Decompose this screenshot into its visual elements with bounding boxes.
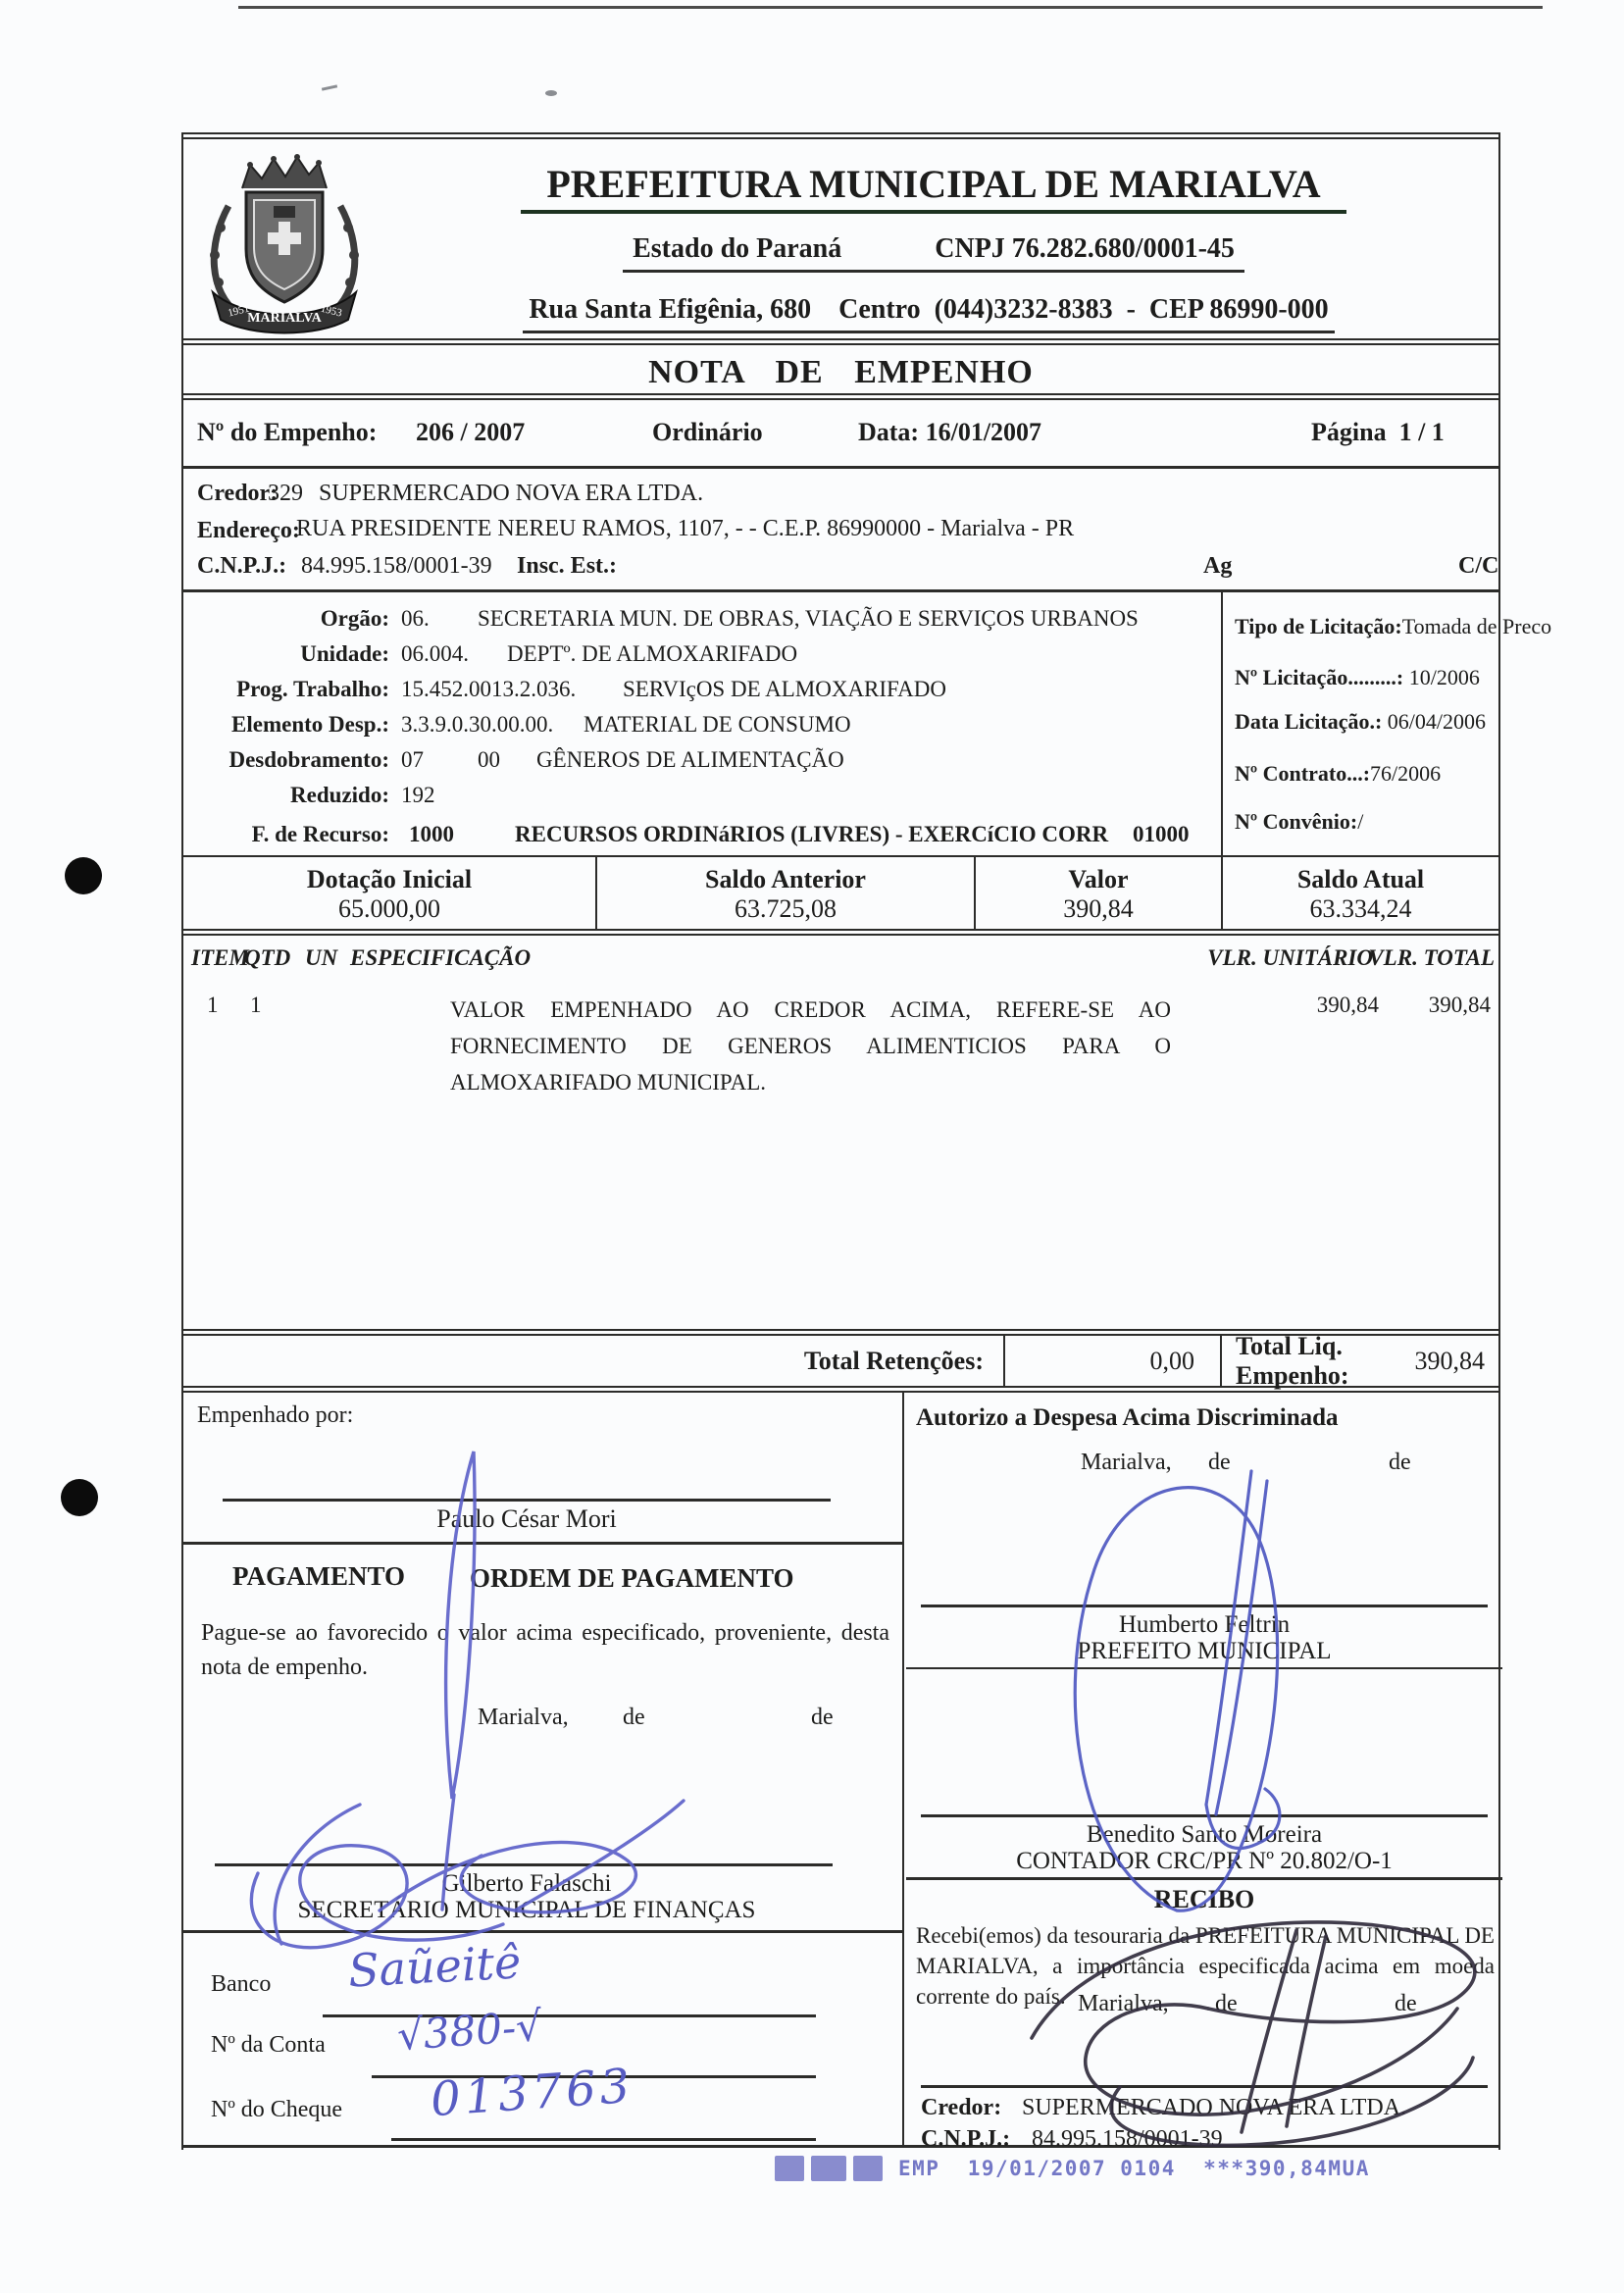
address-line: Rua Santa Efigênia, 680 Centro (044)3232… (523, 294, 1334, 333)
signer-role: SECRETÁRIO MUNICIPAL DE FINANÇAS (183, 1897, 870, 1924)
row-desc: SECRETARIA MUN. DE OBRAS, VIAÇÃO E SERVI… (478, 606, 1139, 632)
classification-row: Reduzido: 192 (183, 783, 1218, 816)
empenho-number-label: Nº do Empenho: (197, 418, 377, 447)
col-vlr-total: VLR. TOTAL (1368, 945, 1495, 971)
signature-line (215, 1863, 833, 1866)
balance-col: Valor 390,84 (976, 857, 1223, 929)
scan-noise-mark (545, 90, 557, 96)
balance-col-value: 63.334,24 (1223, 894, 1498, 924)
right-signature-column: Autorizo a Despesa Acima Discriminada Ma… (906, 1393, 1502, 2148)
hole-punch (61, 1479, 98, 1516)
signature-line (921, 2085, 1488, 2088)
cnpj-header: CNPJ 76.282.680/0001-45 (935, 233, 1235, 265)
cheque-underline (391, 2138, 816, 2141)
processing-stamp: EMP 19/01/2007 0104 ***390,84MUA (775, 2156, 1370, 2181)
balance-col-label: Valor (976, 865, 1221, 894)
city-line: Marialva, (478, 1705, 569, 1731)
contract-number-value: 76/2006 (1370, 761, 1441, 786)
signer-role: PREFEITO MUNICIPAL (906, 1638, 1502, 1665)
row-label: Unidade: (183, 641, 389, 667)
bidding-info-box: Tipo de Licitação:Tomada de Preco Nº Lic… (1221, 592, 1502, 855)
logo-banner-text: MARIALVA (247, 311, 322, 326)
bid-date-label: Data Licitação.: (1235, 709, 1382, 734)
address-label: Endereço: (197, 518, 300, 544)
row-code: 3.3.9.0.30.00.00. (401, 712, 553, 738)
agreement-number-label: Nº Convênio: (1235, 809, 1357, 834)
classification-row: Elemento Desp.: 3.3.9.0.30.00.00. MATERI… (183, 712, 1218, 745)
empenho-type: Ordinário (652, 418, 763, 447)
cnpj-label: C.N.P.J.: (197, 553, 286, 580)
items-header-row: ITEM QTD UN ESPECIFICAÇÃO VLR. UNITÁRIO … (183, 936, 1498, 981)
bid-type-label: Tipo de Licitação: (1235, 614, 1402, 638)
row-code: 15.452.0013.2.036. (401, 677, 576, 702)
de-word: de (1389, 1450, 1411, 1476)
row-label: Prog. Trabalho: (183, 677, 389, 702)
receipt-creditor-name: SUPERMERCADO NOVA ERA LTDA. (1022, 2095, 1406, 2121)
item-total-value: 390,84 (1429, 993, 1491, 1018)
signature-columns: Empenhado por: Paulo César Mori PAGAMENT… (183, 1393, 1498, 2148)
signer-name: Paulo César Mori (183, 1504, 870, 1534)
stamp-logo-icon (775, 2156, 883, 2181)
agreement-number-value: / (1357, 809, 1363, 834)
row-desc: SERVIçOS DE ALMOXARIFADO (623, 677, 946, 702)
de-word: de (811, 1705, 834, 1731)
col-item: ITEM (191, 945, 249, 971)
left-signature-column: Empenhado por: Paulo César Mori PAGAMENT… (183, 1393, 904, 2148)
row-desc: DEPTº. DE ALMOXARIFADO (507, 641, 797, 667)
empenho-form: 1951 MARIALVA 1953 PREFEITURA MUNICIPAL … (181, 132, 1500, 2150)
bank-label: Banco (211, 1971, 271, 1998)
signature-line (921, 1605, 1488, 1607)
de-word: de (1395, 1991, 1417, 2017)
empenho-date: Data: 16/01/2007 (858, 418, 1041, 447)
contract-number-label: Nº Contrato...: (1235, 761, 1370, 786)
row-code: 07 (401, 747, 424, 773)
item-number: 1 (207, 993, 219, 1018)
balance-col: Dotação Inicial 65.000,00 (183, 857, 597, 929)
signature-line (223, 1499, 831, 1502)
creditor-name: SUPERMERCADO NOVA ERA LTDA. (319, 481, 703, 507)
hole-punch (65, 857, 102, 894)
creditor-block: Credor: 329 SUPERMERCADO NOVA ERA LTDA. … (183, 469, 1498, 592)
classification-row: F. de Recurso: 1000 RECURSOS ORDINáRIOS … (183, 822, 1218, 855)
signer-name: Gilberto Falaschi (183, 1870, 870, 1898)
de-word: de (1208, 1450, 1231, 1476)
creditor-address: RUA PRESIDENTE NEREU RAMOS, 1107, - - C.… (296, 516, 1074, 542)
row-label: Orgão: (183, 606, 389, 632)
payment-order-label: ORDEM DE PAGAMENTO (470, 1563, 794, 1594)
agency-label: Ag (1203, 553, 1232, 580)
city-line: Marialva, (1078, 1991, 1169, 2017)
section-divider (183, 1542, 904, 1545)
municipal-crest-logo: 1951 MARIALVA 1953 (195, 145, 372, 339)
scanned-empenho-document: 1951 MARIALVA 1953 PREFEITURA MUNICIPAL … (0, 0, 1624, 2293)
classification-block: Orgão: 06. SECRETARIA MUN. DE OBRAS, VIA… (183, 592, 1498, 855)
account-label: C/C (1458, 553, 1498, 580)
row-code: 06. (401, 606, 430, 632)
balance-col-label: Saldo Atual (1223, 865, 1498, 894)
row-extra-code: 01000 (1133, 822, 1190, 847)
signer-name: Humberto Feltrin (906, 1611, 1502, 1639)
balance-col-value: 63.725,08 (597, 894, 974, 924)
row-desc: MATERIAL DE CONSUMO (584, 712, 851, 738)
retentions-label: Total Retenções: (804, 1347, 984, 1376)
col-espec: ESPECIFICAÇÃO (350, 945, 531, 971)
item-description: VALOR EMPENHADO AO CREDOR ACIMA, REFERE-… (450, 993, 1171, 1100)
empenho-number-value: 206 / 2007 (416, 418, 525, 447)
col-un: UN (305, 945, 337, 971)
payment-order-text: Pague-se ao favorecido o valor acima esp… (201, 1616, 889, 1685)
section-divider (906, 1877, 1502, 1880)
signature-line (921, 1814, 1488, 1817)
balance-col-value: 390,84 (976, 894, 1221, 924)
de-word: de (1215, 1991, 1238, 2017)
bank-handwritten-value: Saũeitê (347, 1935, 523, 1997)
cheque-number-label: Nº do Cheque (211, 2097, 342, 2123)
row-desc: RECURSOS ORDINáRIOS (LIVRES) - EXERCíCIO… (515, 822, 1108, 847)
balance-col: Saldo Anterior 63.725,08 (597, 857, 976, 929)
retentions-value: 0,00 (1150, 1347, 1195, 1376)
row-label: Desdobramento: (183, 747, 389, 773)
bid-type-value: Tomada de Preco (1402, 614, 1551, 638)
page-title: PREFEITURA MUNICIPAL DE MARIALVA (521, 161, 1345, 214)
account-number-label: Nº da Conta (211, 2032, 326, 2059)
net-total-label: Total Liq. Empenho: (1236, 1332, 1415, 1391)
classification-row: Unidade: 06.004. DEPTº. DE ALMOXARIFADO (183, 641, 1218, 675)
scan-noise-mark (322, 84, 337, 90)
row-code: 1000 (409, 822, 454, 847)
balance-col: Saldo Atual 63.334,24 (1223, 857, 1498, 929)
signer-name: Benedito Santo Moreira (906, 1821, 1502, 1849)
empenho-number-row: Nº do Empenho: 206 / 2007 Ordinário Data… (183, 400, 1498, 469)
stamp-text: EMP 19/01/2007 0104 ***390,84MUA (898, 2157, 1370, 2180)
cheque-handwritten-value: 013763 (429, 2059, 635, 2127)
bid-date-value: 06/04/2006 (1388, 709, 1486, 734)
scan-edge-line (238, 6, 1543, 9)
classification-row: Orgão: 06. SECRETARIA MUN. DE OBRAS, VIA… (183, 606, 1218, 639)
account-handwritten-value: √380-√ (395, 2002, 543, 2060)
item-row: 1 1 VALOR EMPENHADO AO CREDOR ACIMA, REF… (183, 981, 1498, 1329)
state-label: Estado do Paraná (633, 233, 841, 265)
form-header: 1951 MARIALVA 1953 PREFEITURA MUNICIPAL … (183, 132, 1498, 338)
col-vlr-unitario: VLR. UNITÁRIO (1207, 945, 1373, 971)
page-indicator: Página 1 / 1 (1311, 418, 1445, 447)
authorize-expense-label: Autorizo a Despesa Acima Discriminada (916, 1404, 1339, 1432)
receipt-cnpj-label: C.N.P.J.: (921, 2126, 1010, 2153)
creditor-cnpj: 84.995.158/0001-39 (301, 553, 492, 580)
doc-title-band: NOTA DE EMPENHO (183, 338, 1498, 400)
receipt-cnpj-value: 84.995.158/0001-39 (1032, 2126, 1223, 2153)
col-qtd: QTD (244, 945, 290, 971)
creditor-label: Credor: (197, 481, 278, 507)
totals-row: Total Retenções: 0,00 Total Liq. Empenho… (183, 1329, 1498, 1393)
net-total-value: 390,84 (1415, 1347, 1486, 1376)
section-divider (906, 1667, 1502, 1669)
row-label: Reduzido: (183, 783, 389, 808)
payment-label: PAGAMENTO (232, 1561, 405, 1592)
item-unit-value: 390,84 (1317, 993, 1379, 1018)
balance-col-label: Saldo Anterior (597, 865, 974, 894)
classification-row: Desdobramento: 07 00 GÊNEROS DE ALIMENTA… (183, 747, 1218, 781)
doc-title: NOTA DE EMPENHO (648, 354, 1034, 390)
section-divider (183, 1930, 904, 1933)
receipt-title: RECIBO (906, 1885, 1502, 1914)
budget-balance-table: Dotação Inicial 65.000,00 Saldo Anterior… (183, 855, 1498, 936)
item-qty: 1 (250, 993, 262, 1018)
de-word: de (623, 1705, 645, 1731)
row-label: Elemento Desp.: (183, 712, 389, 738)
row-desc: GÊNEROS DE ALIMENTAÇÃO (536, 747, 844, 773)
state-registration-label: Insc. Est.: (517, 553, 617, 580)
committed-by-label: Empenhado por: (197, 1402, 353, 1429)
bid-number-label: Nº Licitação.........: (1235, 665, 1403, 689)
row-code: 192 (401, 783, 435, 808)
row-label: F. de Recurso: (183, 822, 389, 847)
creditor-code: 329 (268, 481, 303, 507)
bid-number-value: 10/2006 (1409, 665, 1480, 689)
row-code2: 00 (478, 747, 500, 773)
balance-col-label: Dotação Inicial (183, 865, 595, 894)
row-code: 06.004. (401, 641, 469, 667)
signer-role: CONTADOR CRC/PR Nº 20.802/O-1 (906, 1848, 1502, 1875)
balance-col-value: 65.000,00 (183, 894, 595, 924)
receipt-creditor-label: Credor: (921, 2095, 1001, 2121)
classification-row: Prog. Trabalho: 15.452.0013.2.036. SERVI… (183, 677, 1218, 710)
city-line: Marialva, (1081, 1450, 1172, 1476)
